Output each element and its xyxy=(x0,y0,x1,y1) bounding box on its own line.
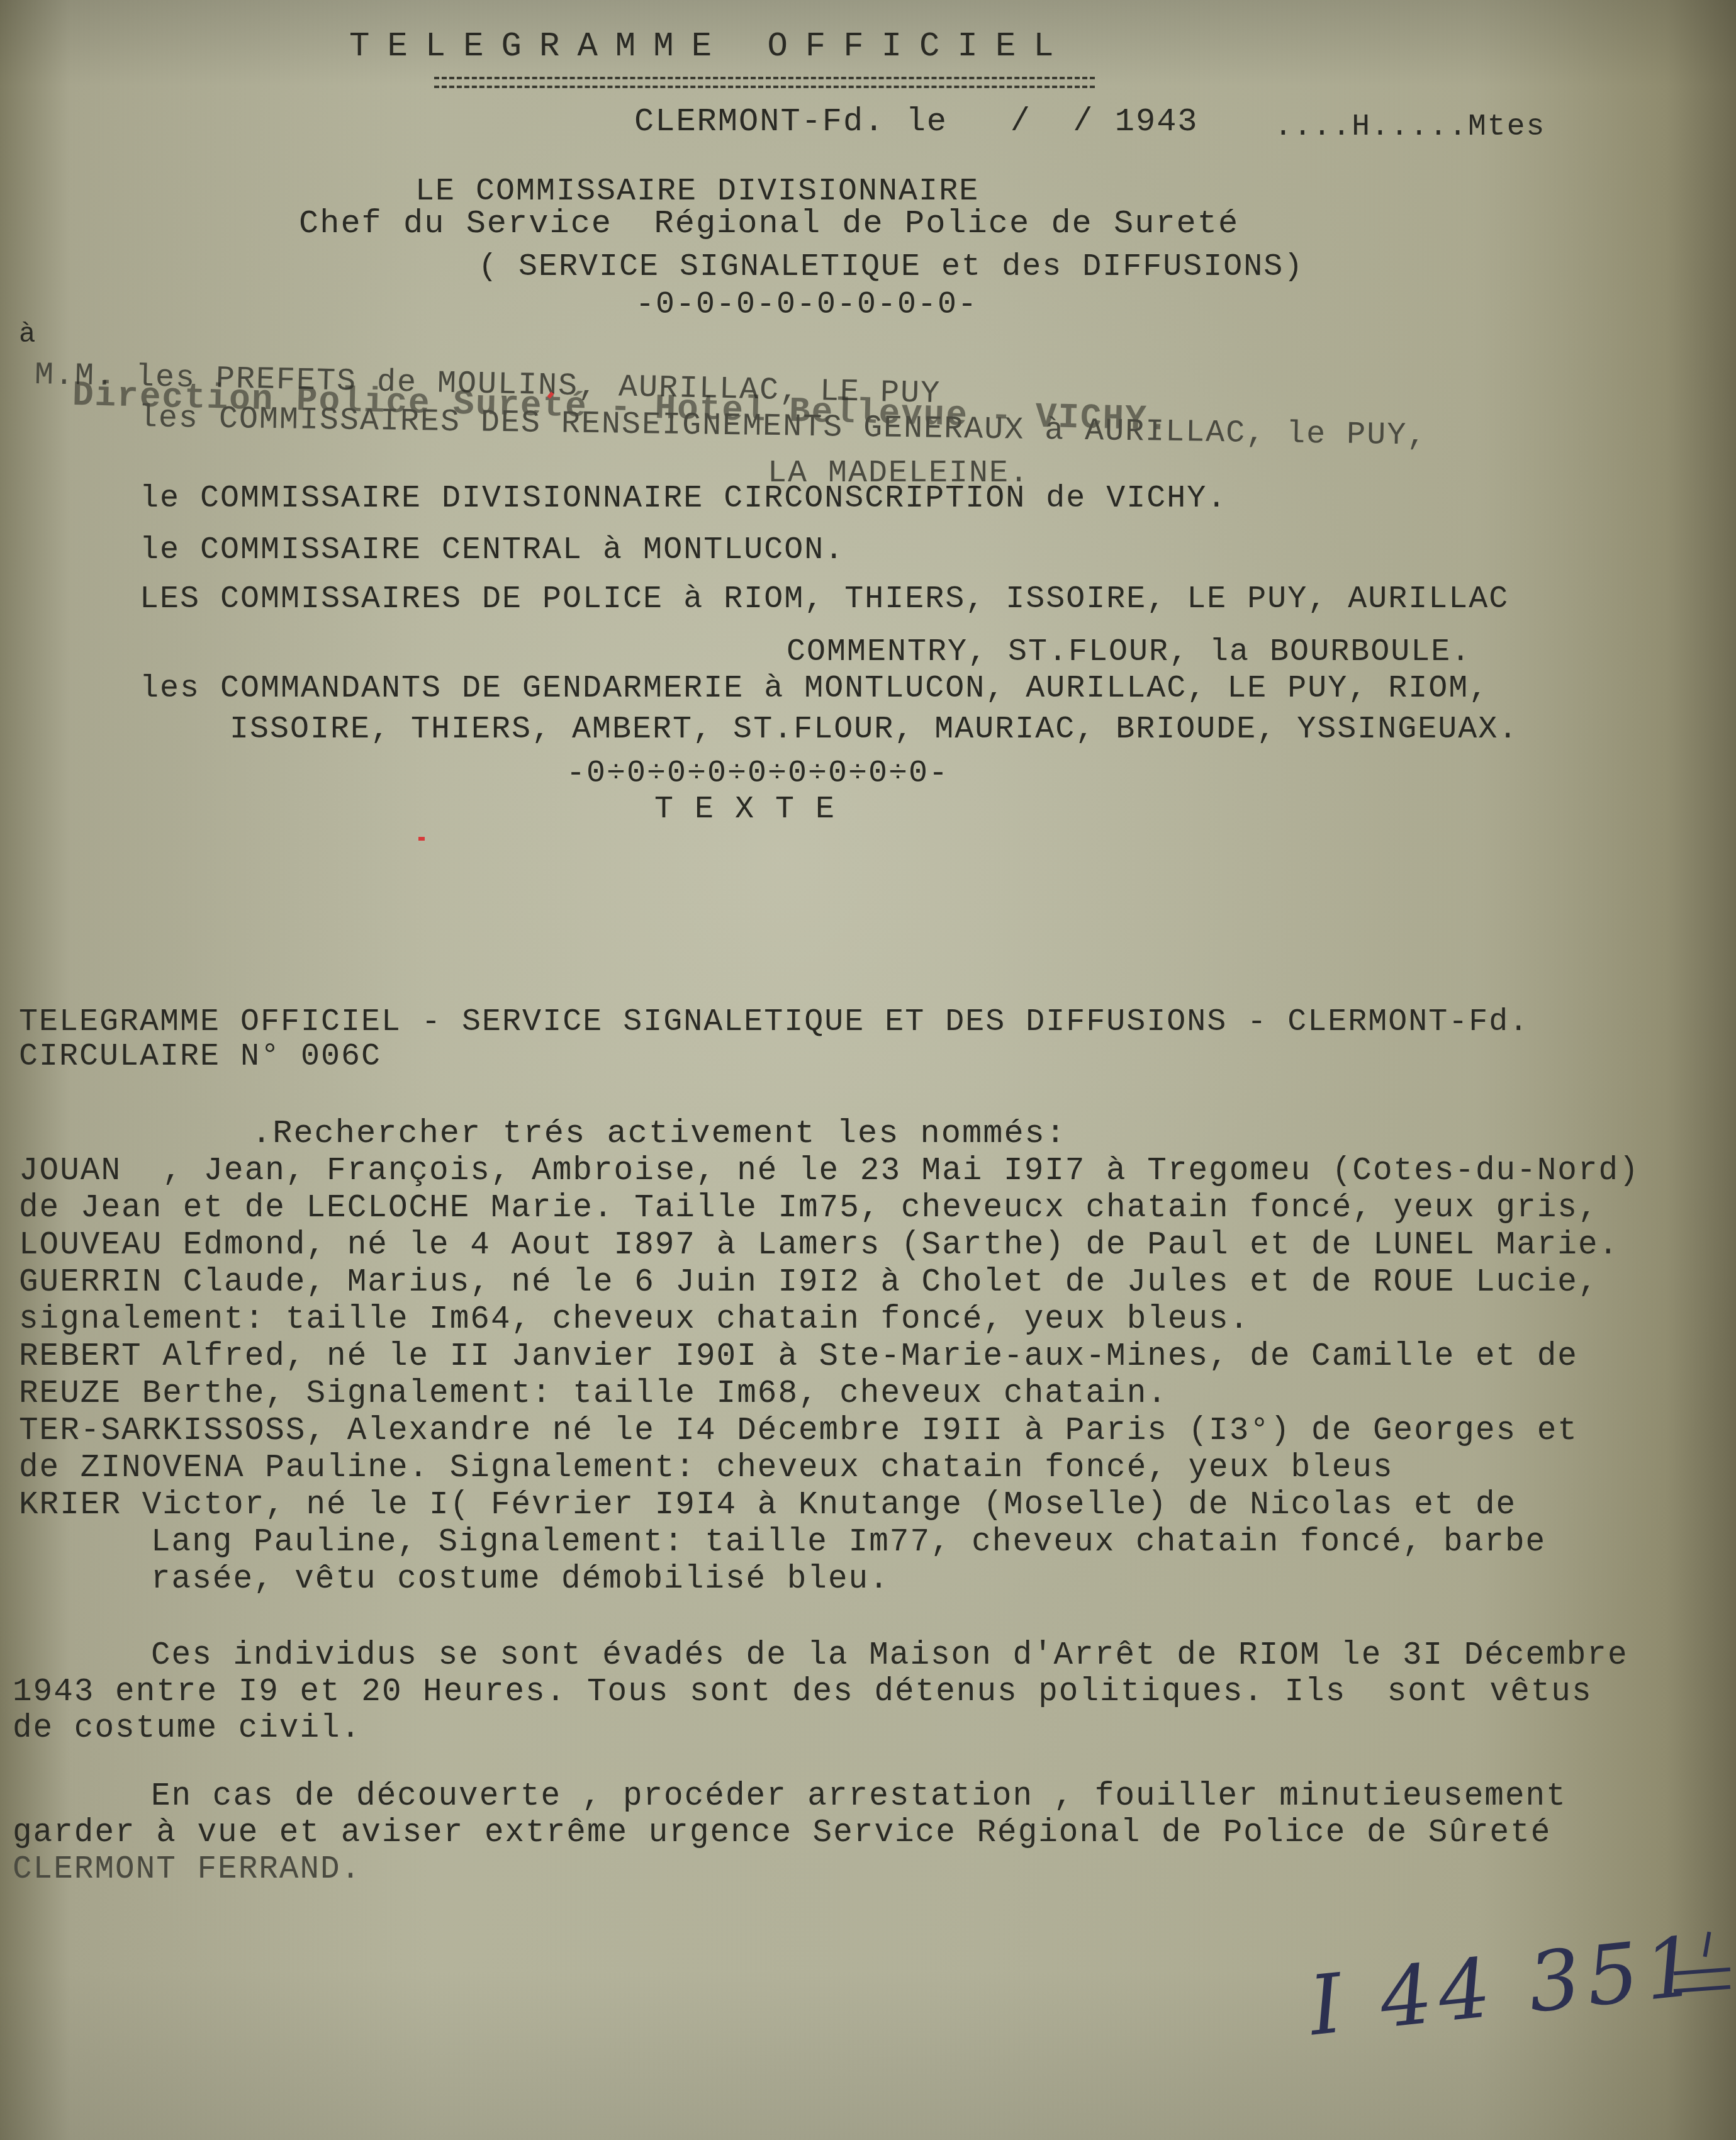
place-date: CLERMONT-Fd. le / / 1943 xyxy=(634,106,1199,138)
sender-title: LE COMMISSAIRE DIVISIONNAIRE xyxy=(415,176,979,208)
person-line: GUERRIN Claude, Marius, né le 6 Juin I9I… xyxy=(19,1267,1599,1299)
circular-number: CIRCULAIRE N° 006C xyxy=(19,1041,381,1073)
escape-line: 1943 entre I9 et 20 Heures. Tous sont de… xyxy=(13,1676,1593,1708)
sender-separator: -0-0-0-0-0-0-0-0- xyxy=(636,289,978,321)
recipient-renseignements: les COMMISSAIRES DES RENSEIGNEMENTS GENE… xyxy=(138,403,1428,452)
recipients-separator: -0÷0÷0÷0÷0÷0÷0÷0÷0- xyxy=(566,758,949,790)
person-line: KRIER Victor, né le I( Février I9I4 à Kn… xyxy=(19,1489,1516,1521)
handwritten-tick xyxy=(1703,1932,1711,1957)
instruction-line: CLERMONT FERRAND. xyxy=(13,1854,361,1886)
telegram-document: TELEGRAMME OFFICIEL CLERMONT-Fd. le / / … xyxy=(0,0,1736,2140)
person-line: LOUVEAU Edmond, né le 4 Aout I897 à Lame… xyxy=(19,1230,1619,1262)
escape-line: de costume civil. xyxy=(13,1713,361,1745)
title-underline-1 xyxy=(434,77,1095,79)
person-line: REUZE Berthe, Signalement: taille Im68, … xyxy=(19,1378,1168,1410)
sender-subservice: ( SERVICE SIGNALETIQUE et des DIFFUSIONS… xyxy=(478,252,1304,283)
person-line: Lang Pauline, Signalement: taille Im77, … xyxy=(151,1527,1546,1559)
person-line: REBERT Alfred, né le II Janvier I90I à S… xyxy=(19,1341,1578,1373)
instruction-line: garder à vue et aviser extrême urgence S… xyxy=(13,1817,1551,1849)
person-line: JOUAN , Jean, François, Ambroise, né le … xyxy=(19,1155,1640,1187)
person-line: rasée, vêtu costume démobilisé bleu. xyxy=(151,1564,890,1596)
sender-service: Chef du Service Régional de Police de Su… xyxy=(299,208,1239,240)
title-underline-2 xyxy=(434,86,1095,88)
time-fill: ....H.....Mtes xyxy=(1274,112,1545,142)
escape-line: Ces individus se sont évadés de la Maiso… xyxy=(151,1640,1628,1672)
person-line: de ZINOVENA Pauline. Signalement: cheveu… xyxy=(19,1452,1394,1484)
recipient-police-cont: COMMENTRY, ST.FLOUR, la BOURBOULE. xyxy=(787,637,1471,668)
handwritten-reference: I 44 351 xyxy=(1305,1918,1708,2054)
texte-label: T E X T E xyxy=(654,794,836,826)
person-line: TER-SARKISSOSS, Alexandre né le I4 Décem… xyxy=(19,1415,1578,1447)
recipient-police: LES COMMISSAIRES DE POLICE à RIOM, THIER… xyxy=(140,584,1509,615)
recipient-gendarmerie-cont: ISSOIRE, THIERS, AMBERT, ST.FLOUR, MAURI… xyxy=(230,714,1518,746)
red-mark xyxy=(418,837,425,841)
recipient-vichy: le COMMISSAIRE DIVISIONNAIRE CIRCONSCRIP… xyxy=(140,483,1227,515)
document-title: TELEGRAMME OFFICIEL xyxy=(349,30,1072,64)
recipient-prefix: à xyxy=(19,321,36,349)
person-line: de Jean et de LECLOCHE Marie. Taille Im7… xyxy=(19,1192,1599,1224)
person-line: signalement: taille Im64, cheveux chatai… xyxy=(19,1304,1250,1336)
recipient-montlucon: le COMMISSAIRE CENTRAL à MONTLUCON. xyxy=(140,535,844,566)
body-header: TELEGRAMME OFFICIEL - SERVICE SIGNALETIQ… xyxy=(19,1007,1529,1038)
instruction-line: En cas de découverte , procéder arrestat… xyxy=(151,1781,1567,1813)
search-intro: .Rechercher trés activement les nommés: xyxy=(252,1118,1067,1150)
recipient-gendarmerie: les COMMANDANTS DE GENDARMERIE à MONTLUC… xyxy=(140,673,1489,705)
